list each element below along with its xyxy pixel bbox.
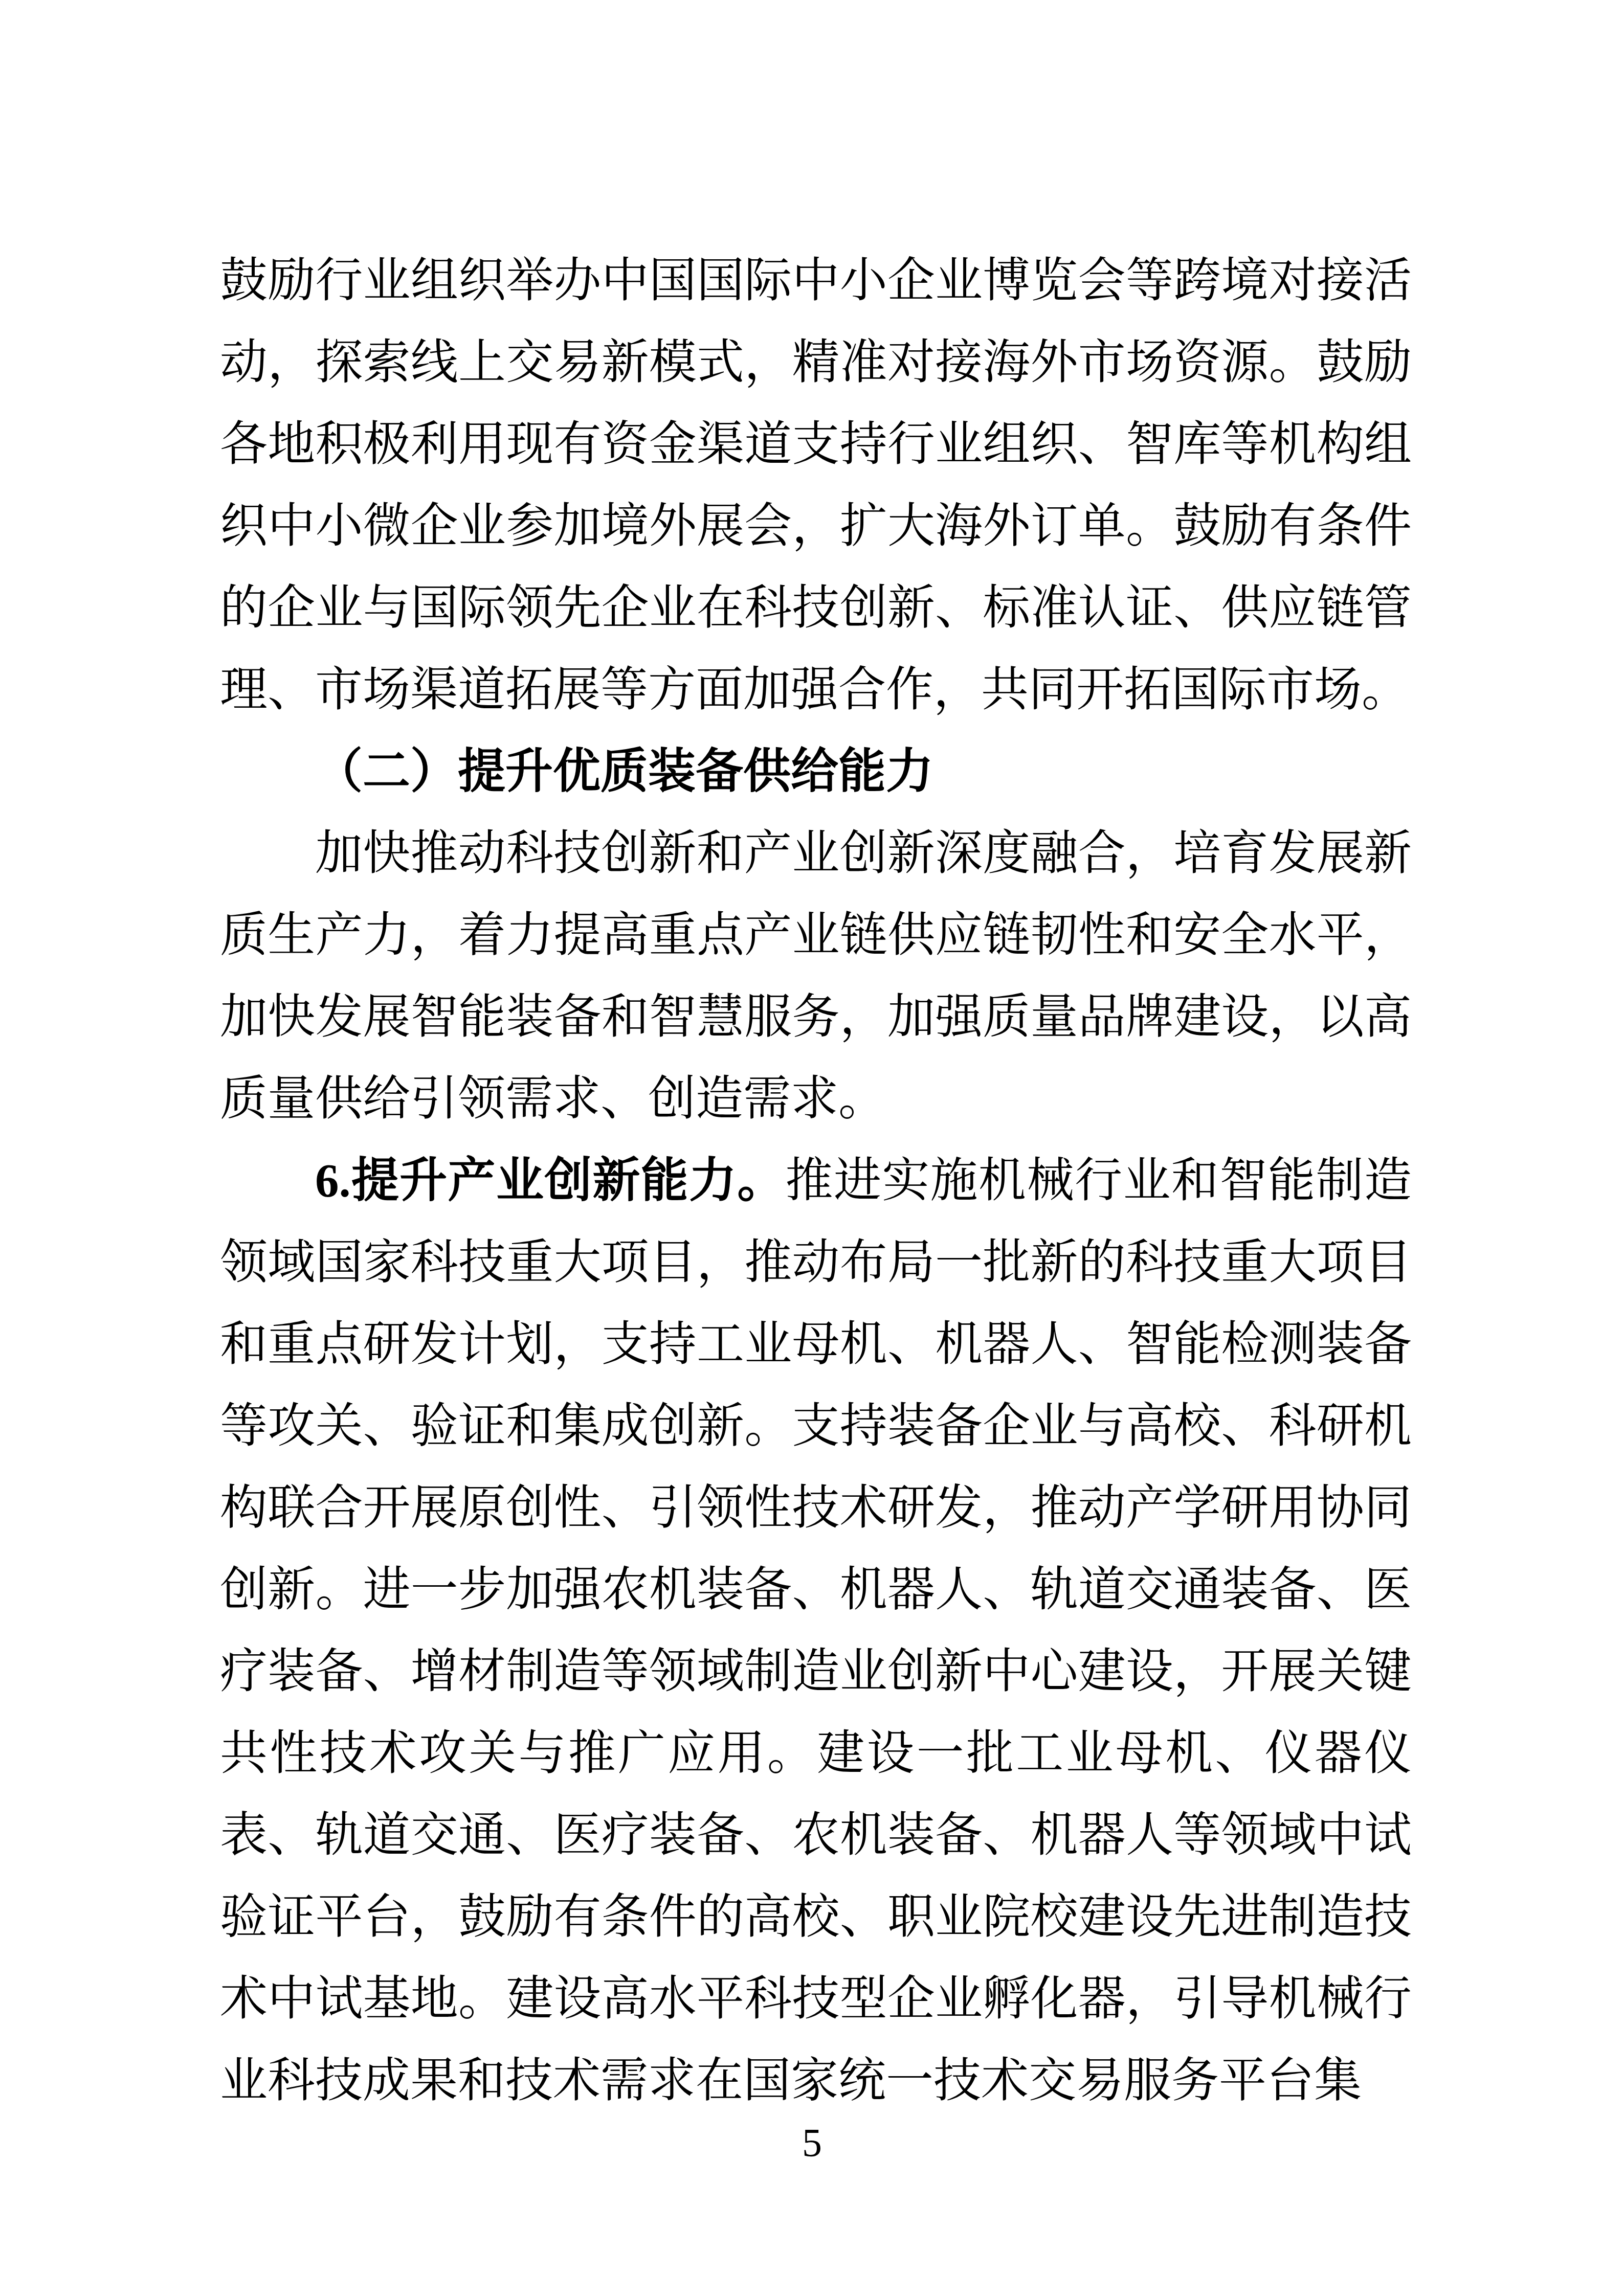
paragraph-continuation: 鼓励行业组织举办中国国际中小企业博览会等跨境对接活动，探索线上交易新模式，精准对…: [220, 240, 1412, 731]
paragraph-intro: 加快推动科技创新和产业创新深度融合，培育发展新质生产力，着力提高重点产业链供应链…: [220, 813, 1412, 1140]
section-heading: （二）提升优质装备供给能力: [220, 731, 1412, 813]
numbered-item-lead: 6.提升产业创新能力。: [315, 1155, 786, 1207]
paragraph-numbered-item: 6.提升产业创新能力。推进实施机械行业和智能制造领域国家科技重大项目，推动布局一…: [220, 1140, 1412, 2122]
numbered-item-body: 推进实施机械行业和智能制造领域国家科技重大项目，推动布局一批新的科技重大项目和重…: [220, 1155, 1412, 2107]
document-page: 鼓励行业组织举办中国国际中小企业博览会等跨境对接活动，探索线上交易新模式，精准对…: [0, 0, 1624, 2296]
document-body: 鼓励行业组织举办中国国际中小企业博览会等跨境对接活动，探索线上交易新模式，精准对…: [220, 240, 1412, 2122]
page-number: 5: [0, 2117, 1624, 2168]
